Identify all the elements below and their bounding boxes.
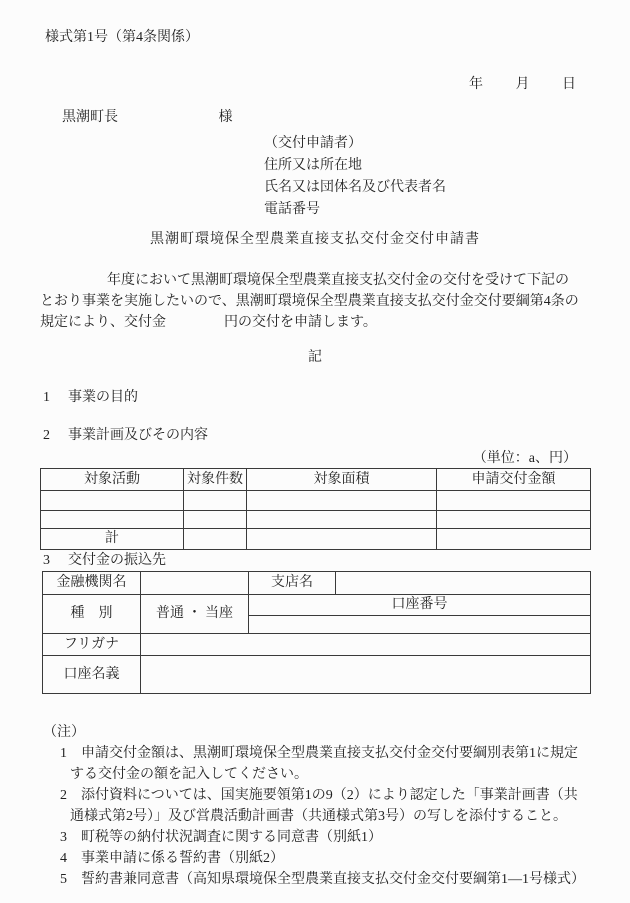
plan-header-activity: 対象活動 <box>41 469 184 491</box>
form-number: 様式第1号（第4条関係） <box>45 28 630 48</box>
note-1-continuation: する交付金の額を記入してください。 <box>43 764 630 785</box>
ki-heading: 記 <box>0 348 630 368</box>
section-2-number: 2 <box>43 428 50 443</box>
grant-amount-blank[interactable] <box>166 312 224 326</box>
account-type-label: 種 別 <box>43 595 141 634</box>
account-type-options[interactable]: 普通 ・ 当座 <box>141 595 249 634</box>
section-3-number: 3 <box>43 553 50 568</box>
body-line-3: 規定により、交付金円の交付を申請します。 <box>40 312 592 333</box>
note-4-text: 事業申請に係る誓約書（別紙2） <box>81 851 284 866</box>
addressee-line: 黒潮町長 様 <box>62 108 630 128</box>
plan-area-input-cell[interactable] <box>247 511 437 529</box>
section-2-label: 事業計画及びその内容 <box>68 428 208 443</box>
bank-transfer-table: 金融機関名 支店名 種 別 普通 ・ 当座 口座番号 フリガナ 口座名義 <box>42 571 591 694</box>
note-4-number: 4 <box>43 851 67 866</box>
note-item-2: 2添付資料については、国実施要領第1の9（2）により認定した「事業計画書（共 <box>43 785 630 806</box>
account-holder-label: 口座名義 <box>43 656 141 694</box>
section-1-label: 事業の目的 <box>68 390 138 405</box>
note-2-continuation: 通様式第2号）」及び営農活動計画書（共通様式第3号）の写しを添付すること。 <box>43 806 630 827</box>
addressee-honorific: 様 <box>219 110 233 125</box>
notes-block: （注） 1申請交付金額は、黒潮町環境保全型農業直接支払交付金交付要綱別表第1に規… <box>43 722 630 890</box>
date-month-label: 月 <box>516 77 530 92</box>
note-2-number: 2 <box>43 788 67 803</box>
plan-table-row <box>41 511 591 529</box>
applicant-name-label: 氏名又は団体名及び代表者名 <box>264 177 630 199</box>
note-1-text: 申請交付金額は、黒潮町環境保全型農業直接支払交付金交付要綱別表第1に規定 <box>81 746 578 761</box>
plan-amount-input-cell[interactable] <box>437 491 591 511</box>
note-3-text: 町税等の納付状況調査に関する同意書（別紙1） <box>81 830 382 845</box>
account-number-input-cell[interactable] <box>249 616 591 634</box>
applicant-heading: （交付申請者） <box>264 133 630 155</box>
unit-note: （単位：a、円） <box>0 450 577 468</box>
plan-count-input-cell[interactable] <box>184 491 247 511</box>
furigana-input-cell[interactable] <box>141 634 591 656</box>
account-number-label: 口座番号 <box>249 595 591 616</box>
furigana-label: フリガナ <box>43 634 141 656</box>
plan-total-count-input-cell[interactable] <box>184 529 247 550</box>
business-plan-table: 対象活動 対象件数 対象面積 申請交付金額 計 <box>40 468 591 550</box>
section-3-label: 交付金の振込先 <box>68 553 166 568</box>
section-1-heading: 1事業の目的 <box>43 388 630 408</box>
plan-area-input-cell[interactable] <box>247 491 437 511</box>
applicant-phone-label: 電話番号 <box>264 199 630 221</box>
document-title: 黒潮町環境保全型農業直接支払交付金交付申請書 <box>0 230 630 250</box>
note-1-number: 1 <box>43 746 67 761</box>
plan-count-input-cell[interactable] <box>184 511 247 529</box>
application-form-page: 様式第1号（第4条関係） 年 月 日 黒潮町長 様 （交付申請者） 住所又は所在… <box>0 0 630 903</box>
note-5-number: 5 <box>43 872 67 887</box>
body-line-1: 年度において黒潮町環境保全型農業直接支払交付金の交付を受けて下記の <box>40 270 592 291</box>
note-3-number: 3 <box>43 830 67 845</box>
plan-header-amount: 申請交付金額 <box>437 469 591 491</box>
body-line-3-suffix: 円の交付を申請します。 <box>224 315 377 330</box>
note-2-text: 添付資料については、国実施要領第1の9（2）により認定した「事業計画書（共 <box>81 788 578 803</box>
plan-activity-input-cell[interactable] <box>41 491 184 511</box>
financial-institution-input-cell[interactable] <box>141 572 249 595</box>
plan-total-area-input-cell[interactable] <box>247 529 437 550</box>
body-line-2: とおり事業を実施したいので、黒潮町環境保全型農業直接支払交付金交付要綱第4条の <box>40 291 592 312</box>
note-item-1: 1申請交付金額は、黒潮町環境保全型農業直接支払交付金交付要綱別表第1に規定 <box>43 743 630 764</box>
plan-amount-input-cell[interactable] <box>437 511 591 529</box>
plan-total-label: 計 <box>41 529 184 550</box>
note-item-5: 5誓約書兼同意書（高知県環境保全型農業直接支払交付金交付要綱第1―1号様式） <box>43 869 630 890</box>
date-year-label: 年 <box>469 77 483 92</box>
branch-label: 支店名 <box>249 572 336 595</box>
notes-heading: （注） <box>43 722 630 743</box>
plan-header-area: 対象面積 <box>247 469 437 491</box>
section-2-heading: 2事業計画及びその内容 <box>43 426 630 446</box>
plan-table-row <box>41 491 591 511</box>
note-5-text: 誓約書兼同意書（高知県環境保全型農業直接支払交付金交付要綱第1―1号様式） <box>81 872 585 887</box>
plan-header-count: 対象件数 <box>184 469 247 491</box>
section-3-heading: 3交付金の振込先 <box>43 552 630 570</box>
section-1-number: 1 <box>43 390 50 405</box>
applicant-block: （交付申請者） 住所又は所在地 氏名又は団体名及び代表者名 電話番号 <box>264 133 630 221</box>
financial-institution-label: 金融機関名 <box>43 572 141 595</box>
branch-input-cell[interactable] <box>336 572 591 595</box>
applicant-address-label: 住所又は所在地 <box>264 155 630 177</box>
plan-table-total-row: 計 <box>41 529 591 550</box>
plan-total-amount-input-cell[interactable] <box>437 529 591 550</box>
addressee-name: 黒潮町長 <box>62 110 118 125</box>
body-paragraph: 年度において黒潮町環境保全型農業直接支払交付金の交付を受けて下記の とおり事業を… <box>40 270 592 333</box>
account-holder-input-cell[interactable] <box>141 656 591 694</box>
plan-activity-input-cell[interactable] <box>41 511 184 529</box>
date-line: 年 月 日 <box>0 75 576 95</box>
date-day-label: 日 <box>562 77 576 92</box>
body-line-3-prefix: 規定により、交付金 <box>40 315 166 330</box>
note-item-3: 3町税等の納付状況調査に関する同意書（別紙1） <box>43 827 630 848</box>
note-item-4: 4事業申請に係る誓約書（別紙2） <box>43 848 630 869</box>
